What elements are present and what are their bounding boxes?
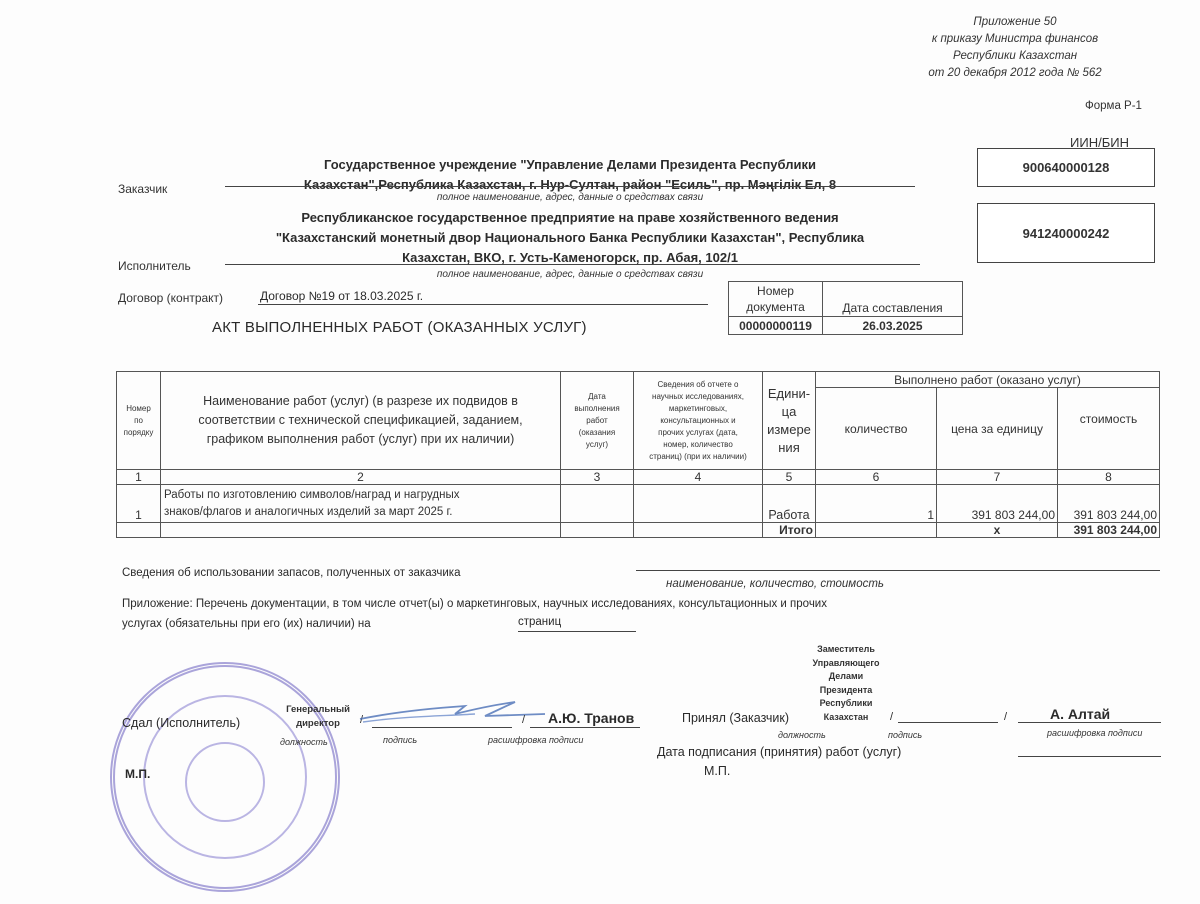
customer-line-1: Государственное учреждение "Управление Д… xyxy=(225,155,915,175)
customer-position-line: Управляющего xyxy=(806,657,886,671)
header-done-group: Выполнено работ (оказано услуг) xyxy=(816,372,1160,388)
contractor-name-caption: расшифровка подписи xyxy=(488,735,583,745)
total-empty xyxy=(161,523,561,538)
form-code: Форма Р-1 xyxy=(1085,100,1142,112)
row-report xyxy=(634,485,763,523)
stamp-emblem-icon xyxy=(185,742,265,822)
col-number: 6 xyxy=(816,470,937,485)
document-title: АКТ ВЫПОЛНЕННЫХ РАБОТ (ОКАЗАННЫХ УСЛУГ) xyxy=(212,319,587,336)
total-empty xyxy=(561,523,634,538)
contractor-signer-name: А.Ю. Транов xyxy=(548,710,634,726)
customer-name-caption: расшифровка подписи xyxy=(1047,728,1142,738)
doc-date-value: 26.03.2025 xyxy=(823,317,963,335)
header-date-line: (оказания xyxy=(563,427,631,439)
total-empty xyxy=(816,523,937,538)
col-number: 5 xyxy=(763,470,816,485)
appendix-line: от 20 декабря 2012 года № 562 xyxy=(900,65,1130,82)
col-number: 2 xyxy=(161,470,561,485)
customer-position: Заместитель Управляющего Делами Президен… xyxy=(806,643,886,724)
header-num-line: по xyxy=(119,415,158,427)
customer-position-line: Казахстан xyxy=(806,711,886,725)
col-number: 4 xyxy=(634,470,763,485)
customer-sign-label: Принял (Заказчик) xyxy=(682,711,789,725)
header-report-line: страниц) (при их наличии) xyxy=(636,451,760,463)
contractor-line-2: "Казахстанский монетный двор Национально… xyxy=(225,228,915,248)
customer-position-line: Делами xyxy=(806,670,886,684)
header-num-line: порядку xyxy=(119,427,158,439)
contractor-position: Генеральный директор xyxy=(278,703,358,730)
header-unit-line: Едини- xyxy=(765,385,813,403)
row-price: 391 803 244,00 xyxy=(937,485,1058,523)
contract-underline xyxy=(258,304,708,305)
row-name-line: знаков/флагов и аналогичных изделий за м… xyxy=(164,504,558,521)
customer-signature-line xyxy=(898,722,998,723)
contractor-position-caption: должность xyxy=(280,737,328,747)
total-row: Итого x 391 803 244,00 xyxy=(117,523,1160,538)
contractor-position-line: директор xyxy=(278,717,358,731)
col-number: 7 xyxy=(937,470,1058,485)
doc-number-header-line: документа xyxy=(733,299,818,315)
signing-date-line xyxy=(1018,756,1161,757)
contractor-name-line xyxy=(530,727,640,728)
row-unit: Работа xyxy=(763,485,816,523)
total-cost: 391 803 244,00 xyxy=(1058,523,1160,538)
contractor-underline xyxy=(225,264,920,265)
customer-position-line: Президента xyxy=(806,684,886,698)
contractor-caption: полное наименование, адрес, данные о сре… xyxy=(225,269,915,280)
header-report-line: маркетинговых, xyxy=(636,403,760,415)
header-report: Сведения об отчете о научных исследовани… xyxy=(634,372,763,470)
col-number: 1 xyxy=(117,470,161,485)
doc-number-header: Номер документа xyxy=(729,282,823,317)
contractor-position-line: Генеральный xyxy=(278,703,358,717)
header-unit-line: ния xyxy=(765,439,813,457)
customer-label: Заказчик xyxy=(118,182,167,196)
header-report-line: Сведения об отчете о xyxy=(636,379,760,391)
document-info-table: Номер документа Дата составления 0000000… xyxy=(728,281,963,335)
header-unit-line: ца xyxy=(765,403,813,421)
header-unit: Едини- ца измере ния xyxy=(763,372,816,470)
slash-separator: / xyxy=(890,711,893,723)
contractor-sign-label: Сдал (Исполнитель) xyxy=(122,716,240,730)
header-report-line: научных исследованиях, xyxy=(636,391,760,403)
row-num: 1 xyxy=(117,485,161,523)
header-date-line: выполнения xyxy=(563,403,631,415)
total-empty xyxy=(117,523,161,538)
row-name-line: Работы по изготовлению символов/наград и… xyxy=(164,487,558,504)
total-price: x xyxy=(937,523,1058,538)
header-report-line: прочих услугах (дата, xyxy=(636,427,760,439)
row-qty: 1 xyxy=(816,485,937,523)
table-row: 1 Работы по изготовлению символов/наград… xyxy=(117,485,1160,523)
works-table: Номер по порядку Наименование работ (усл… xyxy=(116,371,1160,538)
header-unit-line: измере xyxy=(765,421,813,439)
contractor-stamp-label: М.П. xyxy=(125,767,150,781)
row-name: Работы по изготовлению символов/наград и… xyxy=(161,485,561,523)
contractor-sign-caption: подпись xyxy=(383,735,417,745)
header-qty: количество xyxy=(816,388,937,470)
doc-date-header: Дата составления xyxy=(823,282,963,317)
doc-number-header-line: Номер xyxy=(733,283,818,299)
contractor-iin-field: 941240000242 xyxy=(977,203,1155,263)
appendix-reference: Приложение 50 к приказу Министра финансо… xyxy=(900,14,1130,82)
contract-value: Договор №19 от 18.03.2025 г. xyxy=(260,289,423,303)
customer-iin-field: 900640000128 xyxy=(977,148,1155,187)
inventory-underline xyxy=(636,570,1160,571)
row-date xyxy=(561,485,634,523)
attachment-pages-underline xyxy=(518,631,636,632)
header-price: цена за единицу xyxy=(937,388,1058,470)
contractor-line-3: Казахстан, ВКО, г. Усть-Каменогорск, пр.… xyxy=(225,248,915,268)
inventory-label: Сведения об использовании запасов, получ… xyxy=(122,567,460,579)
customer-underline xyxy=(225,186,915,187)
header-cost: стоимость xyxy=(1058,388,1160,470)
header-name: Наименование работ (услуг) (в разрезе их… xyxy=(161,372,561,470)
col-number: 3 xyxy=(561,470,634,485)
header-num: Номер по порядку xyxy=(117,372,161,470)
customer-name-line xyxy=(1018,722,1161,723)
appendix-line: Республики Казахстан xyxy=(900,48,1130,65)
attachment-line-1: Приложение: Перечень документации, в том… xyxy=(122,598,827,610)
header-date-line: Дата xyxy=(563,391,631,403)
total-label: Итого xyxy=(763,523,816,538)
header-date-line: работ xyxy=(563,415,631,427)
contractor-name: Республиканское государственное предприя… xyxy=(225,208,915,268)
header-date: Дата выполнения работ (оказания услуг) xyxy=(561,372,634,470)
customer-signer-name: А. Алтай xyxy=(1050,706,1110,722)
customer-stamp-label: М.П. xyxy=(704,764,730,778)
header-num-line: Номер xyxy=(119,403,158,415)
contractor-label: Исполнитель xyxy=(118,259,191,273)
customer-name: Государственное учреждение "Управление Д… xyxy=(225,155,915,195)
contractor-line-1: Республиканское государственное предприя… xyxy=(225,208,915,228)
contract-label: Договор (контракт) xyxy=(118,291,223,305)
header-report-line: консультационных и xyxy=(636,415,760,427)
col-number: 8 xyxy=(1058,470,1160,485)
attachment-pages-label: страниц xyxy=(518,616,561,628)
signing-date-label: Дата подписания (принятия) работ (услуг) xyxy=(657,745,901,759)
appendix-line: Приложение 50 xyxy=(900,14,1130,31)
inventory-caption: наименование, количество, стоимость xyxy=(666,578,884,590)
doc-number-value: 00000000119 xyxy=(729,317,823,335)
customer-position-line: Республики xyxy=(806,697,886,711)
slash-separator: / xyxy=(1004,711,1007,723)
total-empty xyxy=(634,523,763,538)
appendix-line: к приказу Министра финансов xyxy=(900,31,1130,48)
header-date-line: услуг) xyxy=(563,439,631,451)
customer-sign-caption: подпись xyxy=(888,730,922,740)
customer-position-line: Заместитель xyxy=(806,643,886,657)
slash-separator: / xyxy=(522,714,525,726)
attachment-line-2: услугах (обязательны при его (их) наличи… xyxy=(122,618,371,630)
customer-caption: полное наименование, адрес, данные о сре… xyxy=(225,192,915,203)
customer-position-caption: должность xyxy=(778,730,826,740)
row-cost: 391 803 244,00 xyxy=(1058,485,1160,523)
header-report-line: номер, количество xyxy=(636,439,760,451)
